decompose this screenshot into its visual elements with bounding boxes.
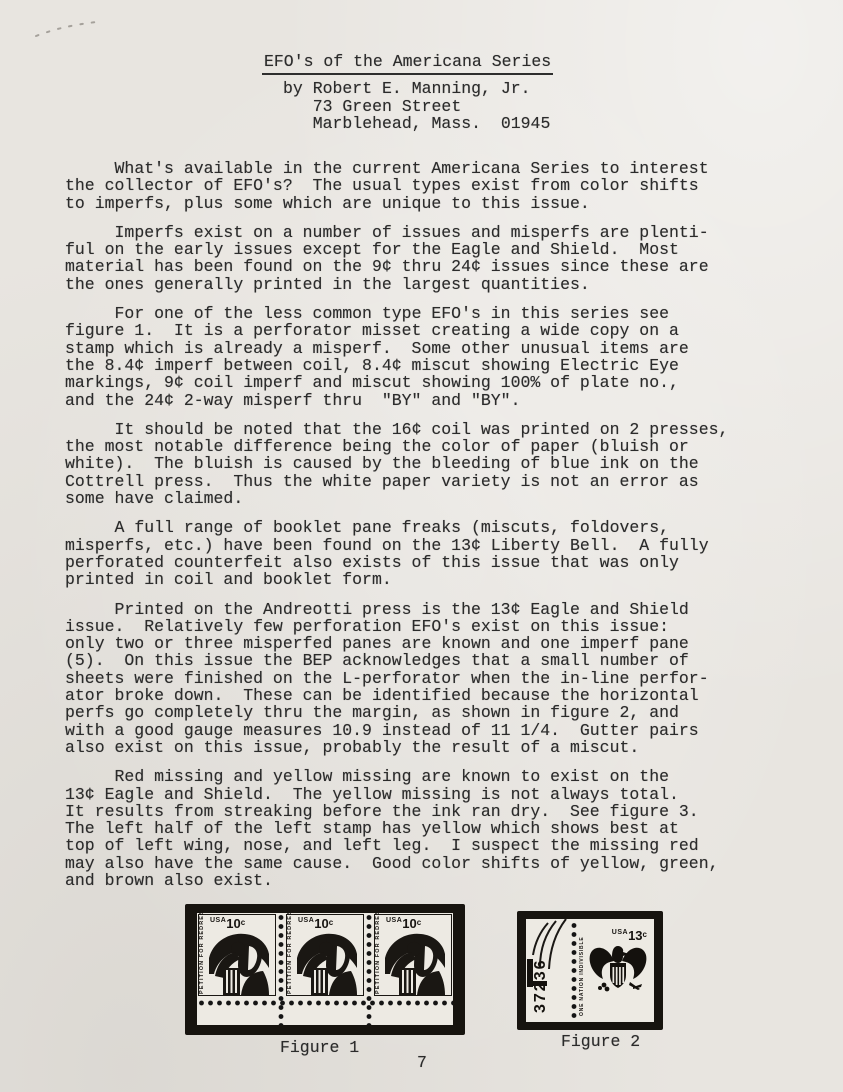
eagle-shield-silhouette-icon xyxy=(588,941,648,995)
stamp-10c: PETITION FOR REDRESS USA10c xyxy=(285,913,365,997)
page-number: 7 xyxy=(417,1053,427,1072)
figure-1-stamp-strip: PETITION FOR REDRESS USA10c xyxy=(197,913,453,1025)
statue-silhouette-icon xyxy=(294,925,362,995)
paragraph: It should be noted that the 16¢ coil was… xyxy=(65,421,805,507)
scanned-document-page: EFO's of the Americana Series by Robert … xyxy=(0,0,843,1092)
paragraph: For one of the less common type EFO's in… xyxy=(65,305,805,409)
statue-silhouette-icon xyxy=(382,925,450,995)
stamp-side-text: PETITION FOR REDRESS xyxy=(199,918,205,994)
stamp-side-text: ONE NATION INDIVISIBLE xyxy=(579,926,585,1016)
pen-mark xyxy=(28,18,102,44)
article-body: What's available in the current American… xyxy=(65,160,805,901)
article-title: EFO's of the Americana Series xyxy=(262,52,553,75)
stamp-country: USA xyxy=(298,917,314,924)
paragraph: Printed on the Andreotti press is the 13… xyxy=(65,601,805,757)
figure-1-caption: Figure 1 xyxy=(280,1038,359,1057)
stamp-10c: PETITION FOR REDRESS USA10c xyxy=(197,913,277,997)
figure-2-stamp: 37236 ONE NATION INDIVISIBLE USA13c xyxy=(526,919,654,1022)
paragraph: Red missing and yellow missing are known… xyxy=(65,768,805,889)
figure-1-image: PETITION FOR REDRESS USA10c xyxy=(185,904,465,1035)
stamp-country: USA xyxy=(210,917,226,924)
stamp-cent: c xyxy=(643,930,647,939)
byline-address: by Robert E. Manning, Jr. 73 Green Stree… xyxy=(283,80,550,133)
stamp-side-text: PETITION FOR REDRESS xyxy=(375,918,381,994)
paragraph: What's available in the current American… xyxy=(65,160,805,212)
perforation-dots xyxy=(277,913,285,1025)
stamp-side-text: PETITION FOR REDRESS xyxy=(287,918,293,994)
statue-silhouette-icon xyxy=(206,925,274,995)
stamp-13c: USA13c xyxy=(586,924,650,1017)
paragraph: Imperfs exist on a number of issues and … xyxy=(65,224,805,293)
perforation-dots xyxy=(365,913,373,1025)
stamp-10c: PETITION FOR REDRESS USA10c xyxy=(373,913,453,997)
plate-number: 37236 xyxy=(532,933,550,1013)
stamp-country: USA xyxy=(612,929,628,936)
paragraph: A full range of booklet pane freaks (mis… xyxy=(65,519,805,588)
figure-2-image: 37236 ONE NATION INDIVISIBLE USA13c xyxy=(517,911,663,1030)
stamp-country: USA xyxy=(386,917,402,924)
figure-2-caption: Figure 2 xyxy=(561,1032,640,1051)
perforation-dots xyxy=(570,921,578,1020)
perforation-dots xyxy=(197,999,453,1007)
